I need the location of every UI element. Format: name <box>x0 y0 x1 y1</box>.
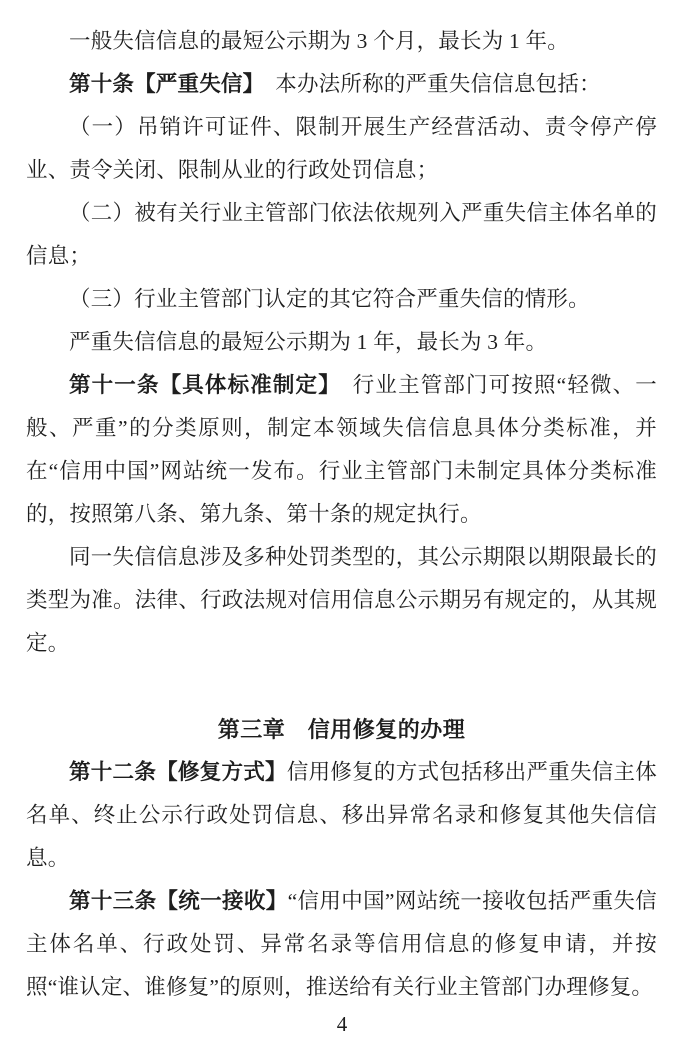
para-article-10: 第十条【严重失信】 本办法所称的严重失信信息包括： <box>26 63 657 106</box>
para-serious-publicity-period: 严重失信信息的最短公示期为 1 年，最长为 3 年。 <box>26 321 657 364</box>
para-general-publicity-period-text: 一般失信信息的最短公示期为 3 个月，最长为 1 年。 <box>69 29 569 53</box>
para-same-info-rule: 同一失信信息涉及多种处罚类型的，其公示期限以期限最长的类型为准。法律、行政法规对… <box>26 536 657 665</box>
para-same-info-rule-text: 同一失信信息涉及多种处罚类型的，其公示期限以期限最长的类型为准。法律、行政法规对… <box>26 545 657 655</box>
article-10-title: 第十条【严重失信】 <box>69 72 254 96</box>
chapter-3-heading: 第三章 信用修复的办理 <box>26 708 657 751</box>
article-11-title: 第十一条【具体标准制定】 <box>69 373 330 397</box>
para-serious-publicity-period-text: 严重失信信息的最短公示期为 1 年，最长为 3 年。 <box>69 330 547 354</box>
page-number: 4 <box>0 1013 684 1035</box>
para-general-publicity-period: 一般失信信息的最短公示期为 3 个月，最长为 1 年。 <box>26 20 657 63</box>
article-13-title: 第十三条【统一接收】 <box>69 889 288 913</box>
para-article-12: 第十二条【修复方式】信用修复的方式包括移出严重失信主体名单、终止公示行政处罚信息… <box>26 751 657 880</box>
para-item-1: （一）吊销许可证件、限制开展生产经营活动、责令停产停业、责令关闭、限制从业的行政… <box>26 106 657 192</box>
para-article-11: 第十一条【具体标准制定】 行业主管部门可按照“轻微、一般、严重”的分类原则，制定… <box>26 364 657 536</box>
para-item-3-text: （三）行业主管部门认定的其它符合严重失信的情形。 <box>69 287 590 311</box>
chapter-3-heading-text: 第三章 信用修复的办理 <box>218 717 466 742</box>
para-item-2-text: （二）被有关行业主管部门依法依规列入严重失信主体名单的信息； <box>26 201 657 268</box>
para-item-2: （二）被有关行业主管部门依法依规列入严重失信主体名单的信息； <box>26 192 657 278</box>
document-page: 一般失信信息的最短公示期为 3 个月，最长为 1 年。 第十条【严重失信】 本办… <box>0 0 684 1046</box>
para-article-13: 第十三条【统一接收】“信用中国”网站统一接收包括严重失信主体名单、行政处罚、异常… <box>26 880 657 1009</box>
para-item-1-text: （一）吊销许可证件、限制开展生产经营活动、责令停产停业、责令关闭、限制从业的行政… <box>26 115 657 182</box>
article-12-title: 第十二条【修复方式】 <box>69 760 287 784</box>
para-article-10-text: 本办法所称的严重失信信息包括： <box>254 72 601 96</box>
para-item-3: （三）行业主管部门认定的其它符合严重失信的情形。 <box>26 278 657 321</box>
